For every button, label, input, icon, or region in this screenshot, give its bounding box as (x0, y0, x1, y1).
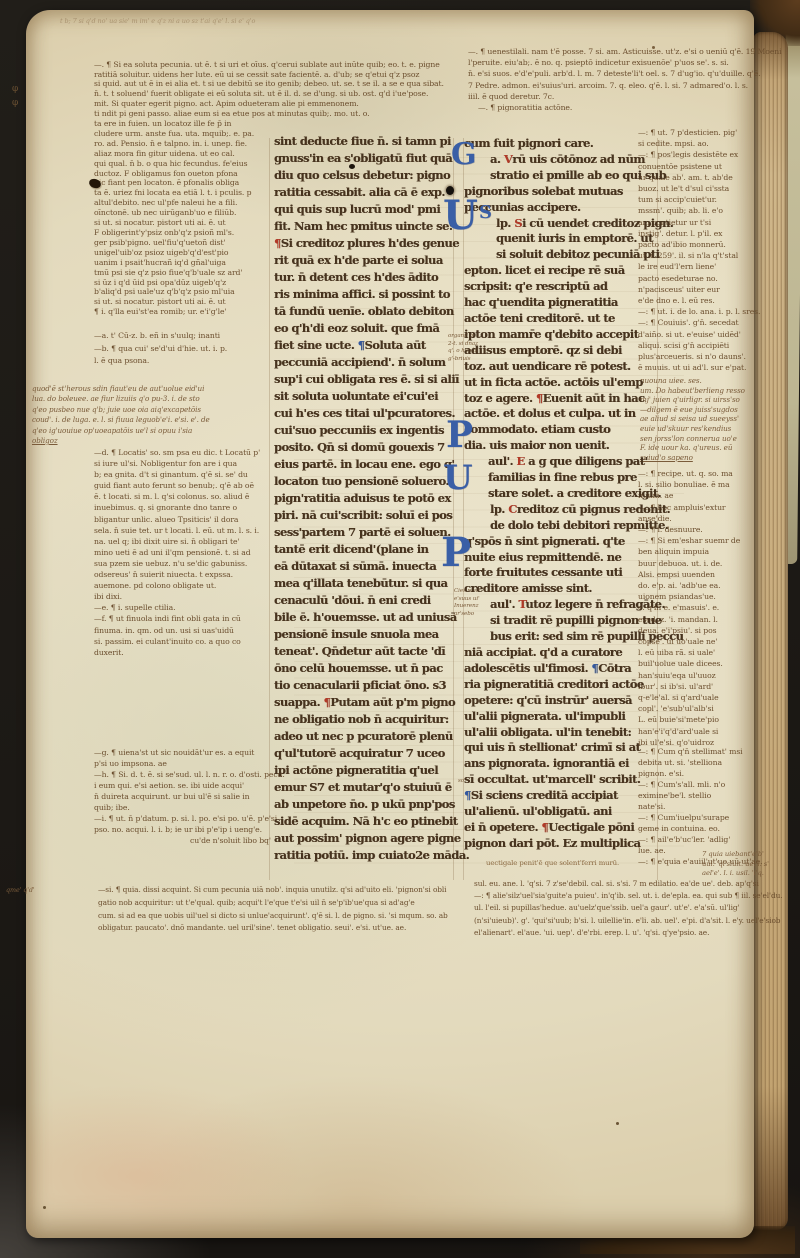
gloss-top-left: —. ¶ Si ea soluta pecunia. ut ē. t si ur… (94, 60, 470, 118)
manuscript-page: t b; 7 si q'd no' ua sie' m im' e q'z ni… (26, 10, 754, 1238)
catchword-text: uectigale penit'ē que solent'ferri murū. (486, 859, 619, 867)
gloss-right-cursive: nuouna uiee. ses.um. Do habeut'berlieng … (640, 376, 798, 462)
wormhole (446, 186, 454, 195)
pen-trial-mark-2: φ (12, 98, 18, 108)
speck-top-right (652, 46, 655, 49)
scribble-text: t b; 7 si q'd no' ua sie' m im' e q'z ni… (60, 17, 255, 25)
dark-speck (349, 164, 355, 169)
gloss-left-cursive: quod'ē st'herous sdin fiaut'eu de aut'uo… (32, 384, 244, 446)
gloss-right-corner-cursive: 7 quia uiebant'e'b'uui. 'qi'siuit. ue. l… (702, 850, 800, 879)
gloss-bottom-left: —si. ¶ quia. dissi acquint. Si cum pecun… (98, 884, 470, 935)
speck-bottom-left (43, 1206, 46, 1209)
main-text-column-2: cum fuit pignori care.a. Vrū uis cōtōnoz… (464, 136, 654, 852)
pen-trial-mark-1: φ (12, 84, 18, 94)
gloss-left-column: ta ere in fuien. un locatoz ille fe p̄ i… (94, 119, 276, 317)
main-text-column-1: sint deducte fiue n̄. si tamn pignuss'in… (274, 133, 454, 864)
catchword-rubric: uectigale penit'ē que solent'ferri murū. (486, 859, 666, 867)
bottom-left-tiny-note: qme' q'd' (6, 886, 52, 894)
gloss-top-right: —. ¶ uenestilali. nam t'ē posse. 7 si. a… (468, 46, 774, 113)
gloss-bottom-right: sul. eu. ane. l. 'q'si. 7 z'se'debil. ca… (474, 878, 776, 939)
gloss-left-ghi: —g. ¶ uiena'st ut sic nouidāt'ur es. a e… (94, 747, 276, 846)
top-margin-scribble: t b; 7 si q'd no' ua sie' m im' e q'z ni… (60, 17, 360, 25)
gloss-right-column-c: —: ¶ Cum q'n̄ stellimat' msidebita ut. s… (638, 746, 768, 867)
gloss-left-abc: —a. t' Cū-z. b. eñ in s'uulq; inanti—b. … (94, 330, 289, 368)
speck-bottom-right (616, 1122, 619, 1125)
tiny-note-text: qme' q'd' (6, 886, 35, 894)
manuscript-photo: t b; 7 si q'd no' ua sie' m im' e q'z ni… (0, 0, 800, 1258)
gloss-left-def: —d. ¶ Locatis' so. sm psa eu dic. t Loca… (94, 447, 266, 658)
